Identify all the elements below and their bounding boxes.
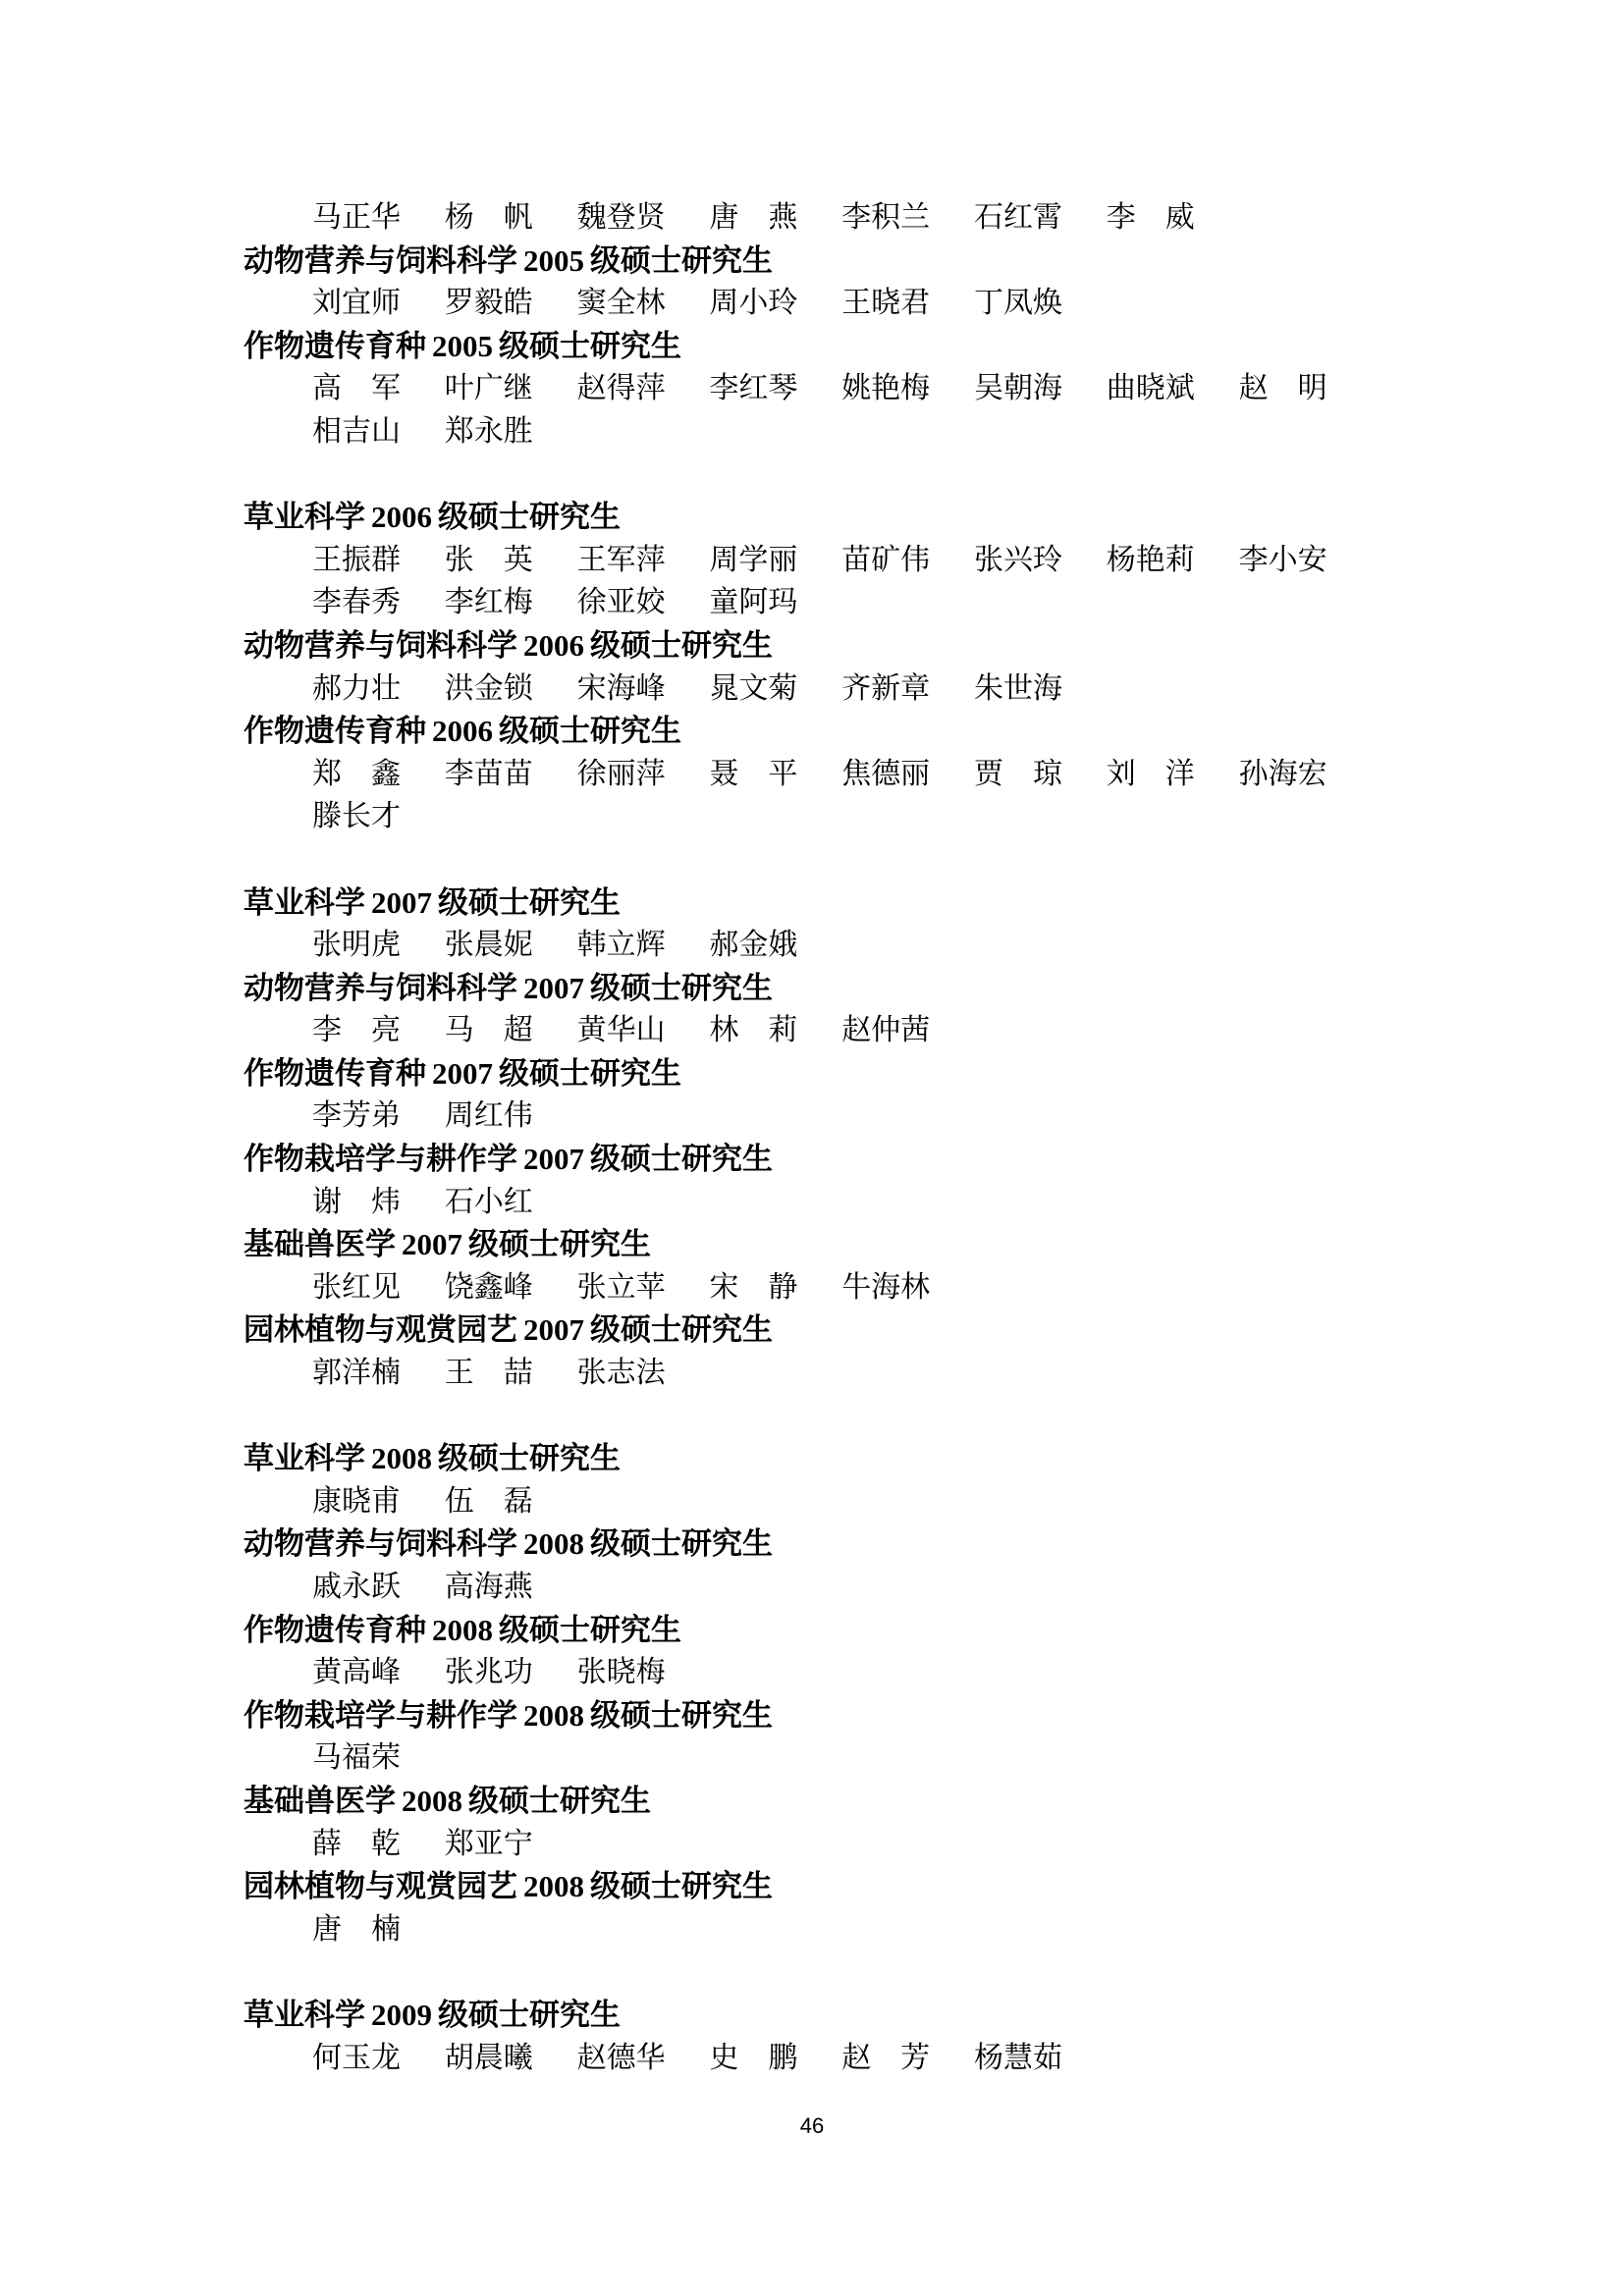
degree-label: 级硕士研究生 (590, 1869, 773, 1904)
degree-label: 级硕士研究生 (499, 1056, 681, 1092)
program-name: 草业科学 (244, 500, 365, 535)
section-heading: 园林植物与观赏园艺2007级硕士研究生 (244, 1308, 1382, 1352)
student-name: 丁凤焕 (974, 282, 1107, 325)
name-row: 相吉山郑永胜 (244, 410, 1382, 454)
cohort-year: 2007 (432, 1056, 493, 1091)
degree-label: 级硕士研究生 (590, 243, 773, 279)
page-number: 46 (0, 2113, 1624, 2139)
student-name: 唐 燕 (709, 196, 841, 240)
student-name: 焦德丽 (841, 753, 974, 796)
student-name: 徐丽萍 (577, 753, 710, 796)
cohort-year: 2005 (523, 243, 584, 278)
cohort-year: 2006 (432, 714, 493, 748)
document-page: 马正华杨 帆魏登贤唐 燕李积兰石红霄李 威动物营养与饲料科学2005级硕士研究生… (0, 0, 1624, 2296)
cohort-year: 2008 (523, 1869, 584, 1903)
student-name: 马 超 (445, 1009, 577, 1052)
section-heading: 动物营养与饲料科学2007级硕士研究生 (244, 967, 1382, 1010)
student-name: 王晓君 (841, 282, 974, 325)
name-row: 薛 乾郑亚宁 (244, 1823, 1382, 1866)
program-name: 动物营养与饲料科学 (244, 628, 517, 664)
student-name: 薛 乾 (312, 1823, 445, 1866)
section-heading: 作物栽培学与耕作学2007级硕士研究生 (244, 1138, 1382, 1181)
student-name: 张立苹 (577, 1266, 710, 1309)
student-name: 张红见 (312, 1266, 445, 1309)
degree-label: 级硕士研究生 (468, 1784, 651, 1819)
section-heading: 作物遗传育种2008级硕士研究生 (244, 1609, 1382, 1652)
section-spacer (244, 454, 1382, 497)
student-name: 郑亚宁 (445, 1823, 577, 1866)
degree-label: 级硕士研究生 (499, 1613, 681, 1648)
student-name: 相吉山 (312, 410, 445, 454)
section-heading: 园林植物与观赏园艺2008级硕士研究生 (244, 1865, 1382, 1908)
student-name: 郝金娥 (709, 924, 841, 967)
student-name: 王军萍 (577, 539, 710, 582)
cohort-year: 2005 (432, 329, 493, 363)
student-name: 郝力壮 (312, 667, 445, 711)
student-name: 李春秀 (312, 581, 445, 624)
name-row: 刘宜师罗毅皓窦全林周小玲王晓君丁凤焕 (244, 282, 1382, 325)
section-heading: 草业科学2007级硕士研究生 (244, 881, 1382, 925)
program-name: 作物栽培学与耕作学 (244, 1142, 517, 1177)
student-name: 刘 洋 (1107, 753, 1239, 796)
student-name: 李 威 (1107, 196, 1239, 240)
name-row: 高 军叶广继赵得萍李红琴姚艳梅吴朝海曲晓斌赵 明 (244, 367, 1382, 410)
cohort-year: 2007 (371, 885, 432, 920)
name-row: 李春秀李红梅徐亚姣童阿玛 (244, 581, 1382, 624)
section-heading: 基础兽医学2008级硕士研究生 (244, 1780, 1382, 1823)
cohort-year: 2008 (523, 1698, 584, 1733)
student-name: 石小红 (445, 1181, 577, 1224)
section-heading: 动物营养与饲料科学2008级硕士研究生 (244, 1522, 1382, 1566)
student-name: 窦全林 (577, 282, 710, 325)
name-row: 马福荣 (244, 1736, 1382, 1780)
student-name: 齐新章 (841, 667, 974, 711)
student-name: 赵得萍 (577, 367, 710, 410)
section-heading: 草业科学2006级硕士研究生 (244, 496, 1382, 539)
student-name: 姚艳梅 (841, 367, 974, 410)
name-row: 张红见饶鑫峰张立苹宋 静牛海林 (244, 1266, 1382, 1309)
student-name: 饶鑫峰 (445, 1266, 577, 1309)
student-name: 何玉龙 (312, 2037, 445, 2080)
degree-label: 级硕士研究生 (438, 885, 621, 921)
student-name: 张晨妮 (445, 924, 577, 967)
name-row: 郑 鑫李苗苗徐丽萍聂 平焦德丽贾 琼刘 洋孙海宏 (244, 753, 1382, 796)
section-heading: 动物营养与饲料科学2005级硕士研究生 (244, 240, 1382, 283)
degree-label: 级硕士研究生 (499, 329, 681, 364)
name-row: 李 亮马 超黄华山林 莉赵仲茜 (244, 1009, 1382, 1052)
name-row: 康晓甫伍 磊 (244, 1480, 1382, 1523)
student-name: 张兆功 (445, 1651, 577, 1694)
student-name: 赵仲茜 (841, 1009, 974, 1052)
program-name: 草业科学 (244, 1998, 365, 2033)
section-heading: 动物营养与饲料科学2006级硕士研究生 (244, 624, 1382, 667)
student-name: 杨 帆 (445, 196, 577, 240)
cohort-year: 2007 (523, 1312, 584, 1347)
student-name: 苗矿伟 (841, 539, 974, 582)
student-name: 张晓梅 (577, 1651, 710, 1694)
student-name: 赵 明 (1239, 367, 1372, 410)
name-row: 李芳弟周红伟 (244, 1095, 1382, 1138)
student-name: 周红伟 (445, 1095, 577, 1138)
student-name: 韩立辉 (577, 924, 710, 967)
student-name: 胡晨曦 (445, 2037, 577, 2080)
student-name: 洪金锁 (445, 667, 577, 711)
student-name: 吴朝海 (974, 367, 1107, 410)
section-spacer (244, 838, 1382, 881)
name-row: 何玉龙胡晨曦赵德华史 鹏赵 芳杨慧茹 (244, 2037, 1382, 2080)
graduate-roster: 马正华杨 帆魏登贤唐 燕李积兰石红霄李 威动物营养与饲料科学2005级硕士研究生… (244, 196, 1382, 2079)
student-name: 魏登贤 (577, 196, 710, 240)
program-name: 动物营养与饲料科学 (244, 243, 517, 279)
degree-label: 级硕士研究生 (499, 714, 681, 749)
student-name: 史 鹏 (709, 2037, 841, 2080)
section-heading: 作物栽培学与耕作学2008级硕士研究生 (244, 1694, 1382, 1737)
degree-label: 级硕士研究生 (438, 1441, 621, 1476)
name-row: 戚永跃高海燕 (244, 1566, 1382, 1609)
program-name: 作物遗传育种 (244, 1056, 426, 1092)
section-heading: 作物遗传育种2006级硕士研究生 (244, 710, 1382, 753)
student-name: 张 英 (445, 539, 577, 582)
student-name: 杨艳莉 (1107, 539, 1239, 582)
section-spacer (244, 1395, 1382, 1438)
student-name: 李小安 (1239, 539, 1372, 582)
program-name: 作物遗传育种 (244, 329, 426, 364)
name-row: 谢 炜石小红 (244, 1181, 1382, 1224)
student-name: 林 莉 (709, 1009, 841, 1052)
name-row: 滕长才 (244, 795, 1382, 838)
section-heading: 作物遗传育种2007级硕士研究生 (244, 1052, 1382, 1095)
student-name: 曲晓斌 (1107, 367, 1239, 410)
program-name: 动物营养与饲料科学 (244, 1526, 517, 1562)
student-name: 郭洋楠 (312, 1352, 445, 1395)
degree-label: 级硕士研究生 (590, 1142, 773, 1177)
cohort-year: 2008 (432, 1613, 493, 1647)
degree-label: 级硕士研究生 (590, 1698, 773, 1734)
student-name: 宋 静 (709, 1266, 841, 1309)
student-name: 黄华山 (577, 1009, 710, 1052)
degree-label: 级硕士研究生 (468, 1227, 651, 1262)
section-heading: 作物遗传育种2005级硕士研究生 (244, 325, 1382, 368)
student-name: 张明虎 (312, 924, 445, 967)
student-name: 罗毅皓 (445, 282, 577, 325)
student-name: 王振群 (312, 539, 445, 582)
program-name: 基础兽医学 (244, 1227, 396, 1262)
cohort-year: 2009 (371, 1998, 432, 2032)
section-heading: 草业科学2009级硕士研究生 (244, 1994, 1382, 2037)
student-name: 赵 芳 (841, 2037, 974, 2080)
student-name: 聂 平 (709, 753, 841, 796)
student-name: 刘宜师 (312, 282, 445, 325)
program-name: 园林植物与观赏园艺 (244, 1312, 517, 1348)
degree-label: 级硕士研究生 (590, 1526, 773, 1562)
section-spacer (244, 1950, 1382, 1994)
student-name: 滕长才 (312, 795, 445, 838)
cohort-year: 2006 (371, 500, 432, 534)
degree-label: 级硕士研究生 (438, 1998, 621, 2033)
student-name: 伍 磊 (445, 1480, 577, 1523)
student-name: 李苗苗 (445, 753, 577, 796)
student-name: 高 军 (312, 367, 445, 410)
degree-label: 级硕士研究生 (438, 500, 621, 535)
student-name: 赵德华 (577, 2037, 710, 2080)
student-name: 马福荣 (312, 1736, 445, 1780)
name-row: 张明虎张晨妮韩立辉郝金娥 (244, 924, 1382, 967)
student-name: 张兴玲 (974, 539, 1107, 582)
student-name: 马正华 (312, 196, 445, 240)
student-name: 李积兰 (841, 196, 974, 240)
cohort-year: 2008 (371, 1441, 432, 1475)
name-row: 马正华杨 帆魏登贤唐 燕李积兰石红霄李 威 (244, 196, 1382, 240)
program-name: 动物营养与饲料科学 (244, 971, 517, 1006)
student-name: 朱世海 (974, 667, 1107, 711)
name-row: 王振群张 英王军萍周学丽苗矿伟张兴玲杨艳莉李小安 (244, 539, 1382, 582)
student-name: 张志法 (577, 1352, 710, 1395)
student-name: 康晓甫 (312, 1480, 445, 1523)
student-name: 周学丽 (709, 539, 841, 582)
student-name: 宋海峰 (577, 667, 710, 711)
student-name: 徐亚姣 (577, 581, 710, 624)
student-name: 郑永胜 (445, 410, 577, 454)
student-name: 杨慧茹 (974, 2037, 1107, 2080)
student-name: 石红霄 (974, 196, 1107, 240)
student-name: 王 喆 (445, 1352, 577, 1395)
section-heading: 草业科学2008级硕士研究生 (244, 1437, 1382, 1480)
student-name: 贾 琼 (974, 753, 1107, 796)
degree-label: 级硕士研究生 (590, 971, 773, 1006)
student-name: 郑 鑫 (312, 753, 445, 796)
name-row: 黄高峰张兆功张晓梅 (244, 1651, 1382, 1694)
student-name: 高海燕 (445, 1566, 577, 1609)
student-name: 牛海林 (841, 1266, 974, 1309)
program-name: 草业科学 (244, 885, 365, 921)
cohort-year: 2007 (523, 971, 584, 1005)
program-name: 作物遗传育种 (244, 714, 426, 749)
degree-label: 级硕士研究生 (590, 628, 773, 664)
cohort-year: 2008 (523, 1526, 584, 1561)
cohort-year: 2007 (523, 1142, 584, 1176)
name-row: 郭洋楠王 喆张志法 (244, 1352, 1382, 1395)
student-name: 李红琴 (709, 367, 841, 410)
program-name: 作物遗传育种 (244, 1613, 426, 1648)
section-heading: 基础兽医学2007级硕士研究生 (244, 1223, 1382, 1266)
cohort-year: 2007 (402, 1227, 462, 1261)
student-name: 李 亮 (312, 1009, 445, 1052)
student-name: 李红梅 (445, 581, 577, 624)
degree-label: 级硕士研究生 (590, 1312, 773, 1348)
program-name: 作物栽培学与耕作学 (244, 1698, 517, 1734)
program-name: 基础兽医学 (244, 1784, 396, 1819)
program-name: 草业科学 (244, 1441, 365, 1476)
student-name: 周小玲 (709, 282, 841, 325)
student-name: 童阿玛 (709, 581, 841, 624)
student-name: 晁文菊 (709, 667, 841, 711)
student-name: 谢 炜 (312, 1181, 445, 1224)
student-name: 唐 楠 (312, 1908, 445, 1951)
program-name: 园林植物与观赏园艺 (244, 1869, 517, 1904)
student-name: 李芳弟 (312, 1095, 445, 1138)
cohort-year: 2006 (523, 628, 584, 663)
cohort-year: 2008 (402, 1784, 462, 1818)
name-row: 唐 楠 (244, 1908, 1382, 1951)
student-name: 黄高峰 (312, 1651, 445, 1694)
student-name: 叶广继 (445, 367, 577, 410)
name-row: 郝力壮洪金锁宋海峰晁文菊齐新章朱世海 (244, 667, 1382, 711)
student-name: 戚永跃 (312, 1566, 445, 1609)
student-name: 孙海宏 (1239, 753, 1372, 796)
